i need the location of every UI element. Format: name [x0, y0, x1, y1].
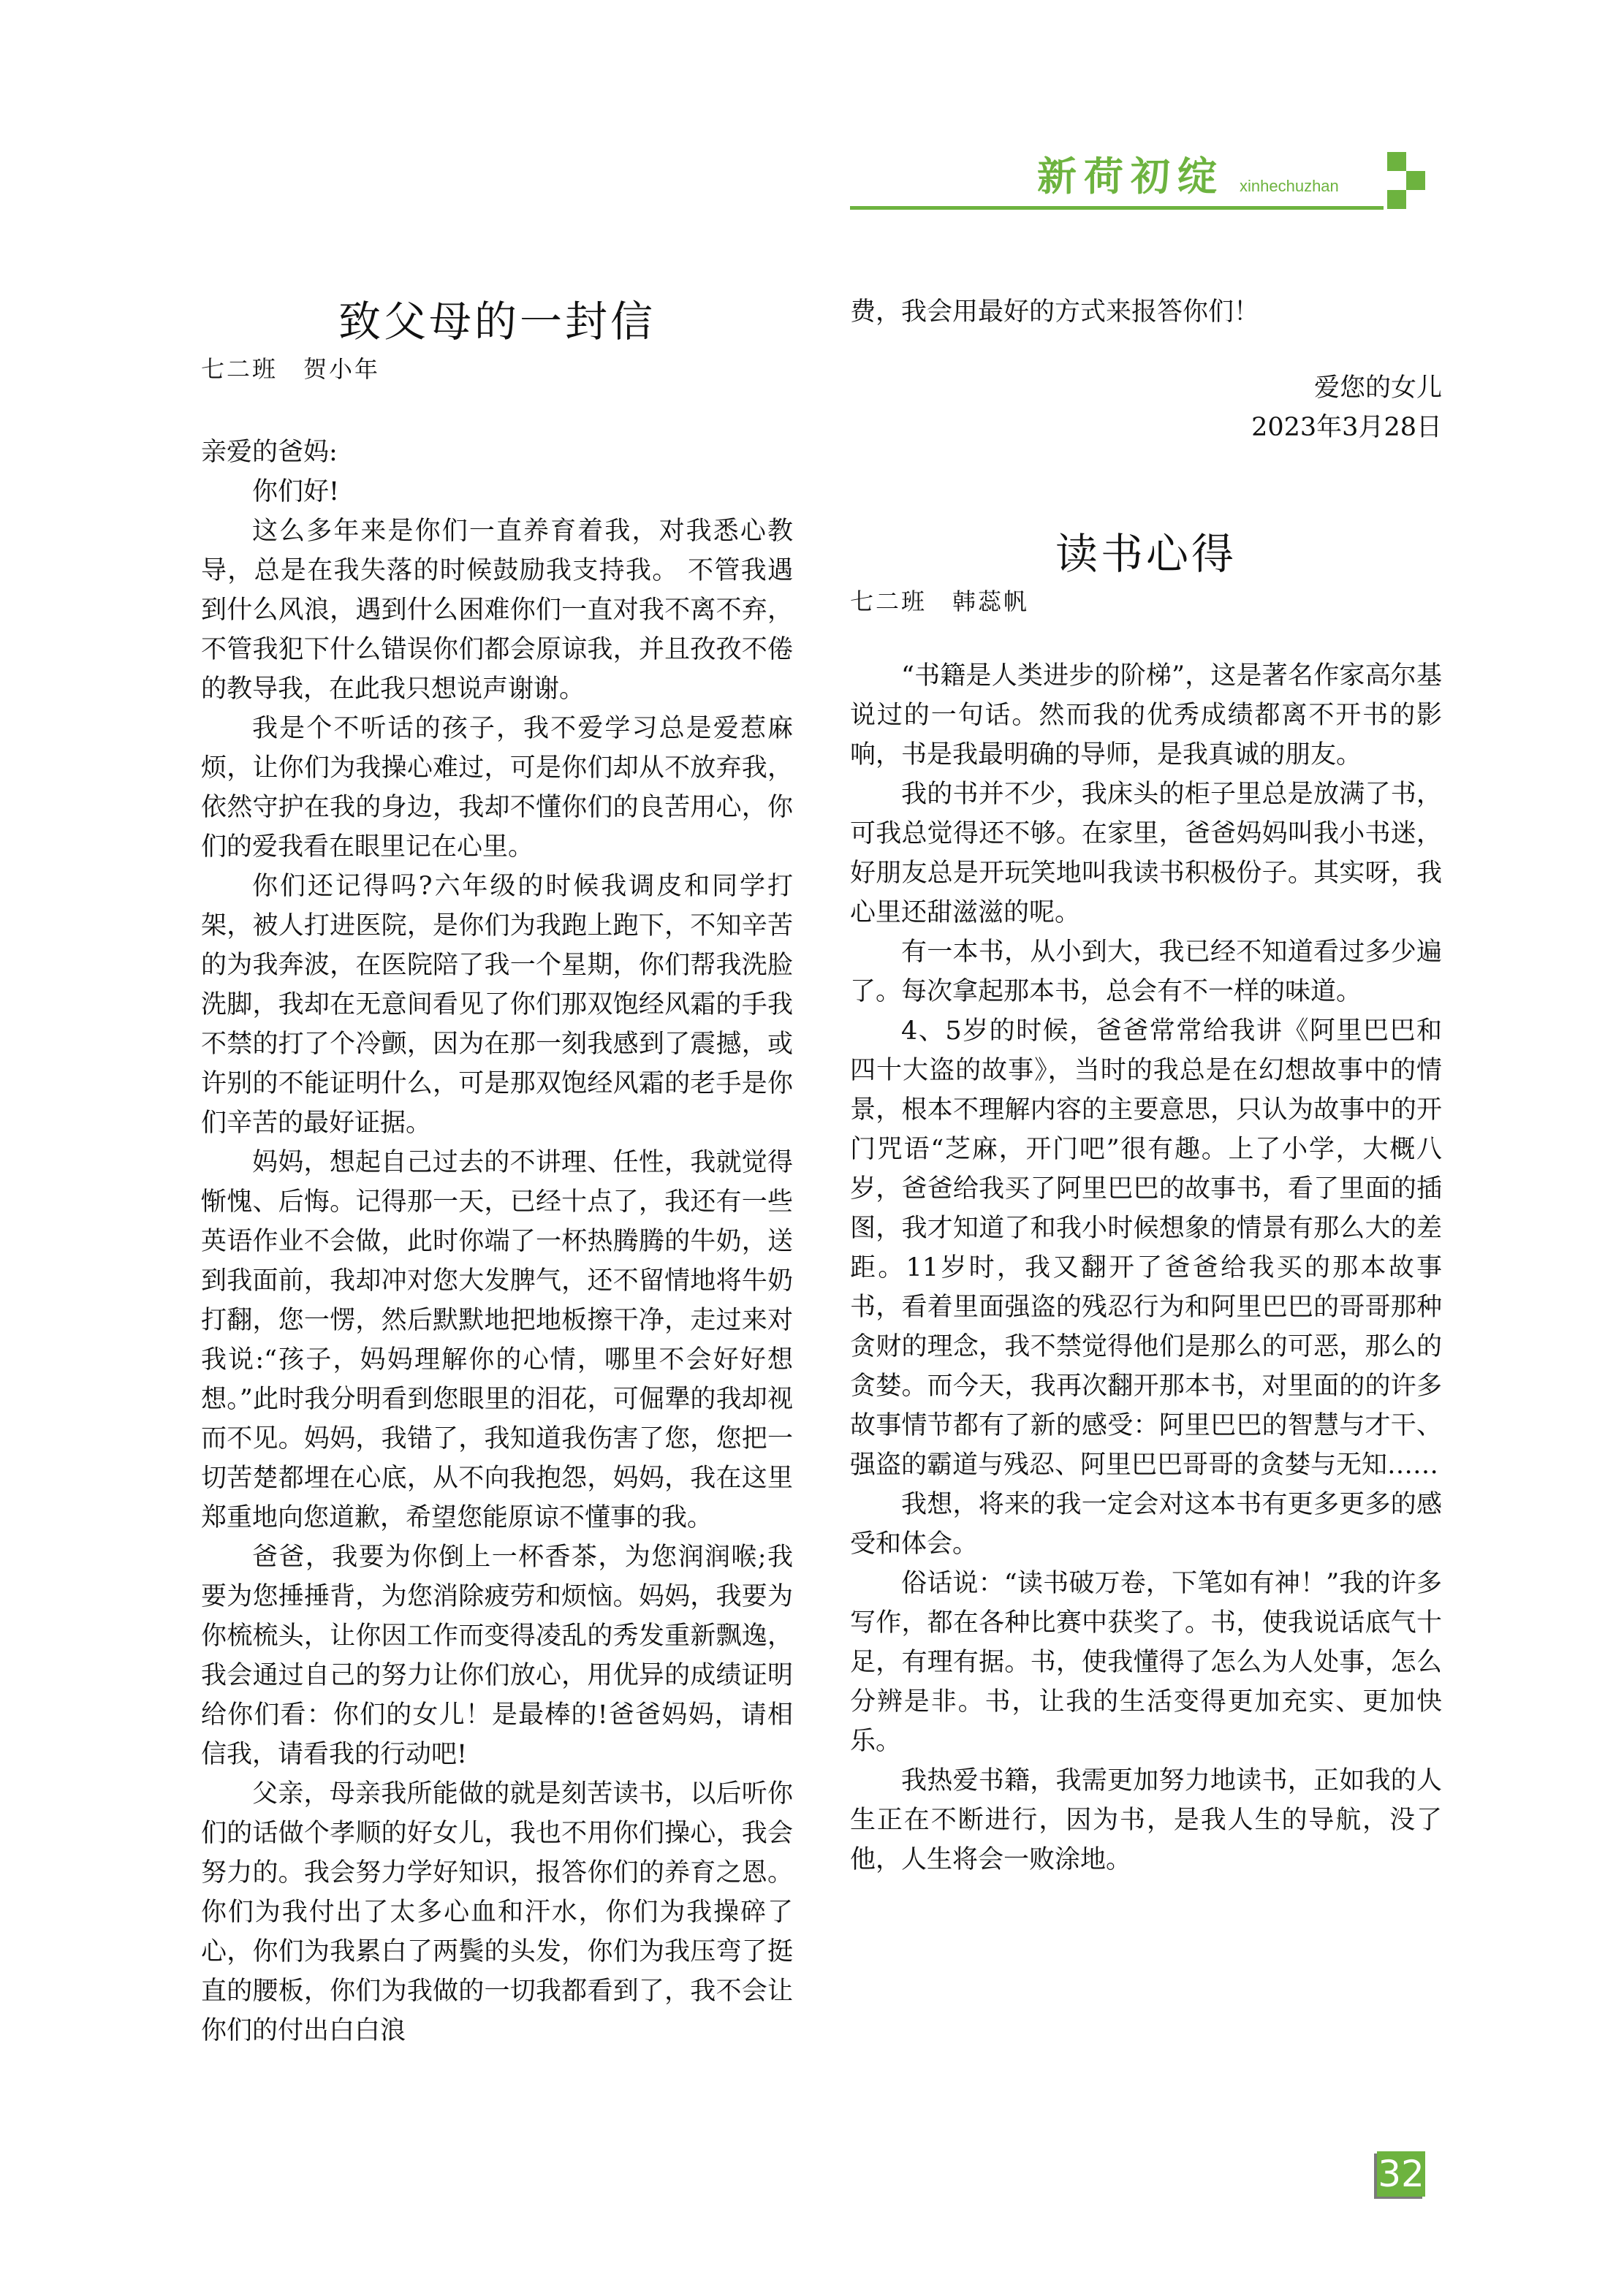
letter-date: 2023年3月28日 — [850, 408, 1442, 447]
article2-paragraph: 有一本书，从小到大，我已经不知道看过多少遍了。每次拿起那本书，总会有不一样的味道… — [850, 932, 1442, 1011]
article1-paragraph: 我是个不听话的孩子，我不爱学习总是爱惹麻烦，让你们为我操心难过，可是你们却从不放… — [201, 709, 793, 867]
article1-paragraph: 你们还记得吗?六年级的时候我调皮和同学打架，被人打进医院，是你们为我跑上跑下，不… — [201, 867, 793, 1143]
article1-title: 致父母的一封信 — [201, 292, 793, 351]
article2-byline: 七二班 韩蕊帆 — [850, 583, 1442, 620]
magazine-header: 新荷初绽 xinhechuzhan — [850, 139, 1435, 219]
article2-heading: 读书心得 七二班 韩蕊帆 — [850, 525, 1442, 620]
letter-salutation: 亲爱的爸妈: — [201, 433, 793, 472]
letter-signature: 爱您的女儿 — [850, 368, 1442, 408]
article2-paragraph: 4、5岁的时候，爸爸常常给我讲《阿里巴巴和四十大盗的故事》，当时的我总是在幻想故… — [850, 1011, 1442, 1485]
article2-paragraph: 我的书并不少，我床头的柜子里总是放满了书，可我总觉得还不够。在家里，爸爸妈妈叫我… — [850, 775, 1442, 932]
article1-paragraph: 爸爸，我要为你倒上一杯香茶，为您润润喉;我要为您捶捶背，为您消除疲劳和烦恼。妈妈… — [201, 1537, 793, 1774]
letter-greeting: 你们好! — [201, 472, 793, 512]
article2-paragraph: “书籍是人类进步的阶梯”，这是著名作家高尔基说过的一句话。然而我的优秀成绩都离不… — [850, 656, 1442, 775]
article2-title: 读书心得 — [850, 525, 1442, 583]
right-column: 费，我会用最好的方式来报答你们！ 爱您的女儿 2023年3月28日 读书心得 七… — [850, 292, 1442, 1879]
header-divider-line — [850, 206, 1384, 210]
three-squares-icon-middle — [1406, 171, 1425, 190]
article1-byline: 七二班 贺小年 — [201, 351, 793, 387]
article1-paragraph: 这么多年来是你们一直养育着我，对我悉心教导，总是在我失落的时候鼓励我支持我。 不… — [201, 512, 793, 709]
article1-paragraph-continuation: 费，我会用最好的方式来报答你们！ — [850, 292, 1442, 332]
three-squares-icon — [1387, 152, 1406, 171]
left-column: 致父母的一封信 七二班 贺小年 亲爱的爸妈: 你们好! 这么多年来是你们一直养育… — [201, 292, 793, 2050]
article2-paragraph: 我热爱书籍，我需更加努力地读书，正如我的人生正在不断进行，因为书，是我人生的导航… — [850, 1761, 1442, 1879]
letter-signature-block: 爱您的女儿 2023年3月28日 — [850, 368, 1442, 447]
column-subtitle-pinyin: xinhechuzhan — [1240, 175, 1339, 197]
three-squares-icon-bottom — [1387, 190, 1406, 209]
page-number: 32 — [1377, 2151, 1425, 2197]
column-title: 新荷初绽 — [1037, 155, 1224, 199]
article2-paragraph: 俗话说：“读书破万卷，下笔如有神！”我的许多写作，都在各种比赛中获奖了。书，使我… — [850, 1564, 1442, 1761]
article2-body: “书籍是人类进步的阶梯”，这是著名作家高尔基说过的一句话。然而我的优秀成绩都离不… — [850, 656, 1442, 1879]
article1-paragraph-continued: 父亲，母亲我所能做的就是刻苦读书，以后听你们的话做个孝顺的好女儿，我也不用你们操… — [201, 1774, 793, 2050]
article1-paragraph: 妈妈，想起自己过去的不讲理、任性，我就觉得惭愧、后悔。记得那一天，已经十点了，我… — [201, 1143, 793, 1537]
article2-paragraph: 我想，将来的我一定会对这本书有更多更多的感受和体会。 — [850, 1485, 1442, 1564]
